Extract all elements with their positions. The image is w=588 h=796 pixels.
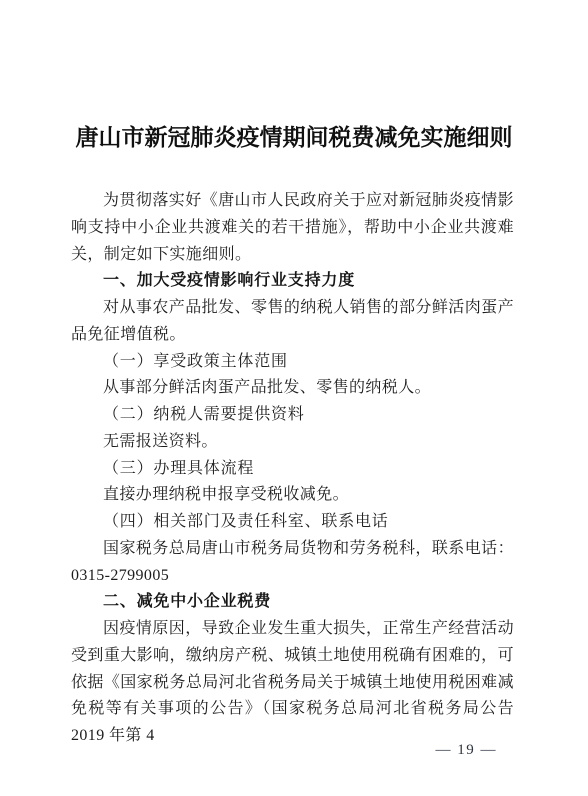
- document-body: 为贯彻落实好《唐山市人民政府关于应对新冠肺炎疫情影响支持中小企业共渡难关的若干措…: [71, 188, 514, 750]
- intro-paragraph: 为贯彻落实好《唐山市人民政府关于应对新冠肺炎疫情影响支持中小企业共渡难关的若干措…: [71, 188, 514, 268]
- section-2-intro: 因疫情原因，导致企业发生重大损失，正常生产经营活动受到重大影响，缴纳房产税、城镇…: [71, 616, 514, 750]
- page-number: — 19 —: [436, 742, 498, 759]
- section-1-heading: 一、加大受疫情影响行业支持力度: [71, 268, 514, 295]
- document-page: 唐山市新冠肺炎疫情期间税费减免实施细则 为贯彻落实好《唐山市人民政府关于应对新冠…: [0, 0, 588, 796]
- section-1-sub-4-body: 国家税务总局唐山市税务局货物和劳务税科，联系电话：0315-2799005: [71, 536, 514, 590]
- section-1-sub-2-body: 无需报送资料。: [71, 429, 514, 456]
- section-1-sub-3-body: 直接办理纳税申报享受税收减免。: [71, 482, 514, 509]
- section-1-sub-2-heading: （二）纳税人需要提供资料: [71, 402, 514, 429]
- section-1-sub-1-heading: （一）享受政策主体范围: [71, 349, 514, 376]
- document-title: 唐山市新冠肺炎疫情期间税费减免实施细则: [0, 122, 588, 154]
- section-1-sub-3-heading: （三）办理具体流程: [71, 456, 514, 483]
- section-1-sub-4-heading: （四）相关部门及责任科室、联系电话: [71, 509, 514, 536]
- section-2-heading: 二、减免中小企业税费: [71, 589, 514, 616]
- section-1-sub-1-body: 从事部分鲜活肉蛋产品批发、零售的纳税人。: [71, 375, 514, 402]
- section-1-intro: 对从事农产品批发、零售的纳税人销售的部分鲜活肉蛋产品免征增值税。: [71, 295, 514, 349]
